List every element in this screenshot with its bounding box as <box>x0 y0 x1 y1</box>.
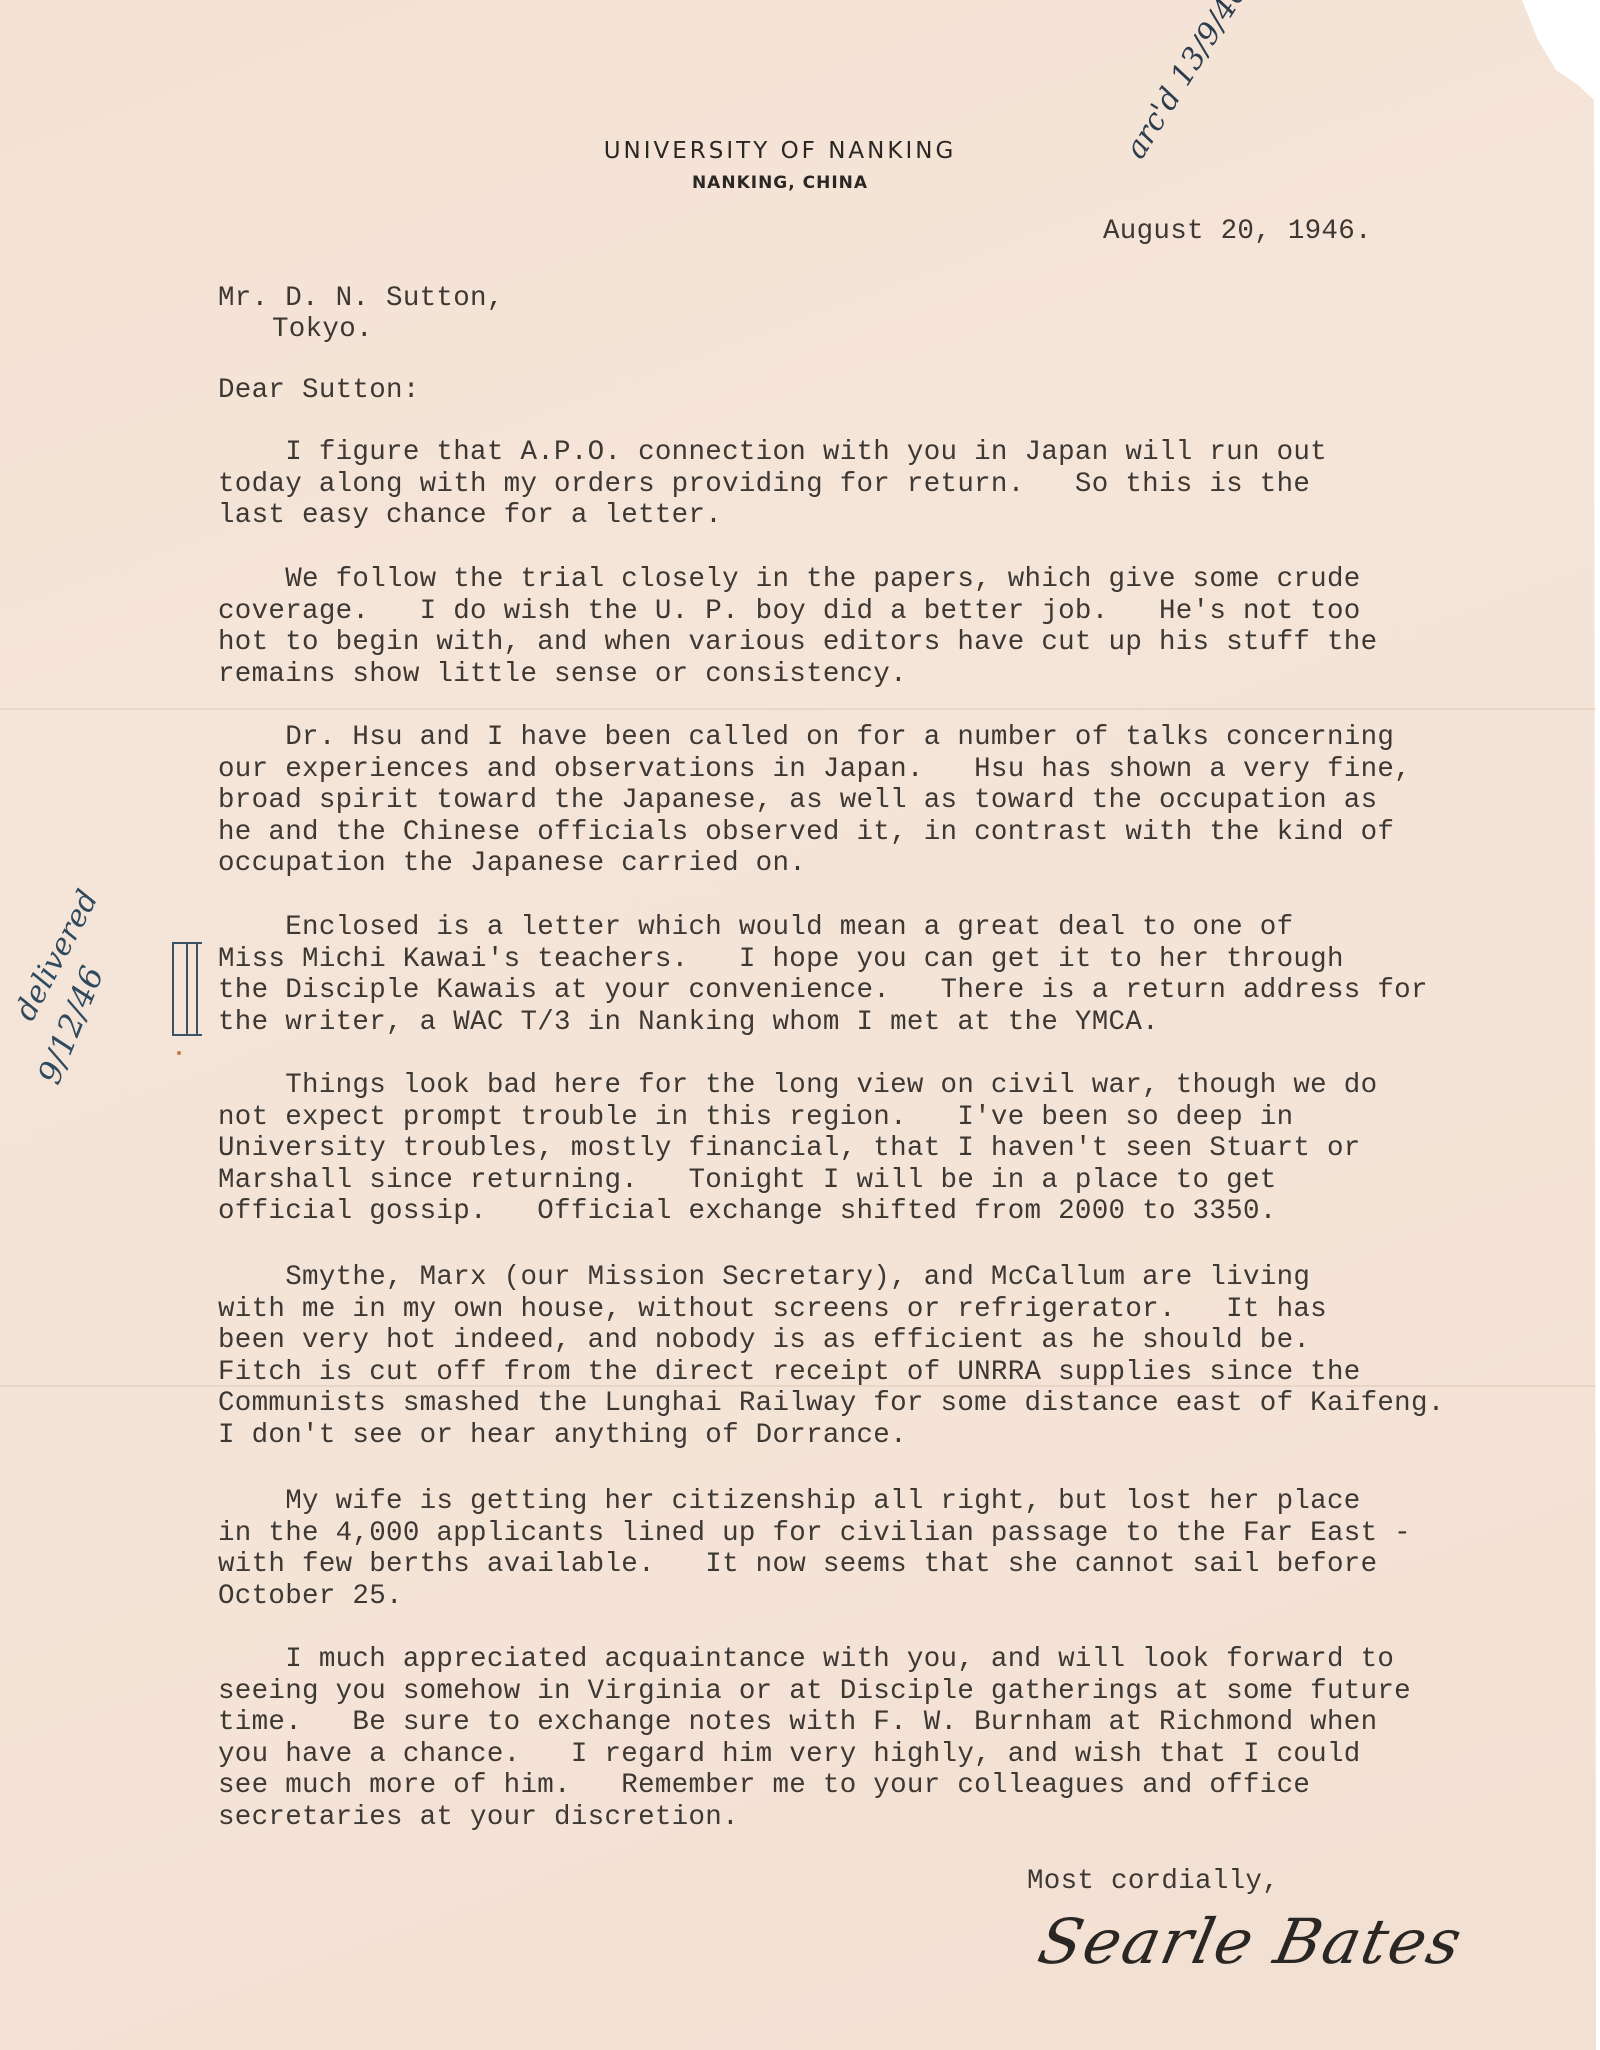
text-line: Communists smashed the Lunghai Railway f… <box>218 1388 1598 1420</box>
paragraph-4: Enclosed is a letter which would mean a … <box>218 912 1598 1038</box>
text-line: hot to begin with, and when various edit… <box>218 627 1598 659</box>
salutation: Dear Sutton: <box>218 375 420 406</box>
text-line: I much appreciated acquaintance with you… <box>218 1644 1598 1676</box>
text-line: not expect prompt trouble in this region… <box>218 1102 1598 1134</box>
text-line: broad spirit toward the Japanese, as wel… <box>218 785 1598 817</box>
text-line: secretaries at your discretion. <box>218 1802 1598 1834</box>
text-line: We follow the trial closely in the paper… <box>218 564 1598 596</box>
text-line: official gossip. Official exchange shift… <box>218 1196 1598 1228</box>
text-line: I figure that A.P.O. connection with you… <box>218 437 1598 469</box>
text-line: Smythe, Marx (our Mission Secretary), an… <box>218 1262 1598 1294</box>
text-line: last easy chance for a letter. <box>218 500 1598 532</box>
text-line: you have a chance. I regard him very hig… <box>218 1739 1598 1771</box>
paragraph-8: I much appreciated acquaintance with you… <box>218 1644 1598 1833</box>
text-line: October 25. <box>218 1581 1598 1613</box>
text-line: Dr. Hsu and I have been called on for a … <box>218 722 1598 754</box>
paragraph-1: I figure that A.P.O. connection with you… <box>218 437 1598 532</box>
text-line: the writer, a WAC T/3 in Nanking whom I … <box>218 1007 1598 1039</box>
text-line: time. Be sure to exchange notes with F. … <box>218 1707 1598 1739</box>
paragraph-3: Dr. Hsu and I have been called on for a … <box>218 722 1598 880</box>
text-line: Enclosed is a letter which would mean a … <box>218 912 1598 944</box>
text-line: with me in my own house, without screens… <box>218 1294 1598 1326</box>
text-line: seeing you somehow in Virginia or at Dis… <box>218 1676 1598 1708</box>
text-line: he and the Chinese officials observed it… <box>218 817 1598 849</box>
letter-date: August 20, 1946. <box>1103 216 1372 247</box>
text-line: see much more of him. Remember me to you… <box>218 1770 1598 1802</box>
text-line: Marshall since returning. Tonight I will… <box>218 1165 1598 1197</box>
text-line: coverage. I do wish the U. P. boy did a … <box>218 596 1598 628</box>
text-line: I don't see or hear anything of Dorrance… <box>218 1420 1598 1452</box>
text-line: Miss Michi Kawai's teachers. I hope you … <box>218 944 1598 976</box>
paragraph-7: My wife is getting her citizenship all r… <box>218 1486 1598 1612</box>
margin-bracket-mark <box>172 942 202 1036</box>
paragraph-6: Smythe, Marx (our Mission Secretary), an… <box>218 1262 1598 1451</box>
ink-spot <box>177 1051 181 1055</box>
closing: Most cordially, <box>1027 1866 1279 1897</box>
paragraph-5: Things look bad here for the long view o… <box>218 1070 1598 1228</box>
paper-fold-line <box>0 708 1596 710</box>
text-line: our experiences and observations in Japa… <box>218 754 1598 786</box>
text-line: remains show little sense or consistency… <box>218 659 1598 691</box>
text-line: University troubles, mostly financial, t… <box>218 1133 1598 1165</box>
letterhead-institution: UNIVERSITY OF NANKING <box>0 138 1560 164</box>
paragraph-2: We follow the trial closely in the paper… <box>218 564 1598 690</box>
text-line: My wife is getting her citizenship all r… <box>218 1486 1598 1518</box>
recipient-city: Tokyo. <box>272 314 373 345</box>
text-line: been very hot indeed, and nobody is as e… <box>218 1325 1598 1357</box>
text-line: Things look bad here for the long view o… <box>218 1070 1598 1102</box>
text-line: occupation the Japanese carried on. <box>218 848 1598 880</box>
text-line: with few berths available. It now seems … <box>218 1549 1598 1581</box>
text-line: the Disciple Kawais at your convenience.… <box>218 975 1598 1007</box>
text-line: Fitch is cut off from the direct receipt… <box>218 1357 1598 1389</box>
signature: Searle Bates <box>1032 1905 1469 1978</box>
text-line: in the 4,000 applicants lined up for civ… <box>218 1518 1598 1550</box>
letterhead-location: NANKING, CHINA <box>0 173 1560 193</box>
recipient-name: Mr. D. N. Sutton, <box>218 283 504 314</box>
text-line: today along with my orders providing for… <box>218 469 1598 501</box>
